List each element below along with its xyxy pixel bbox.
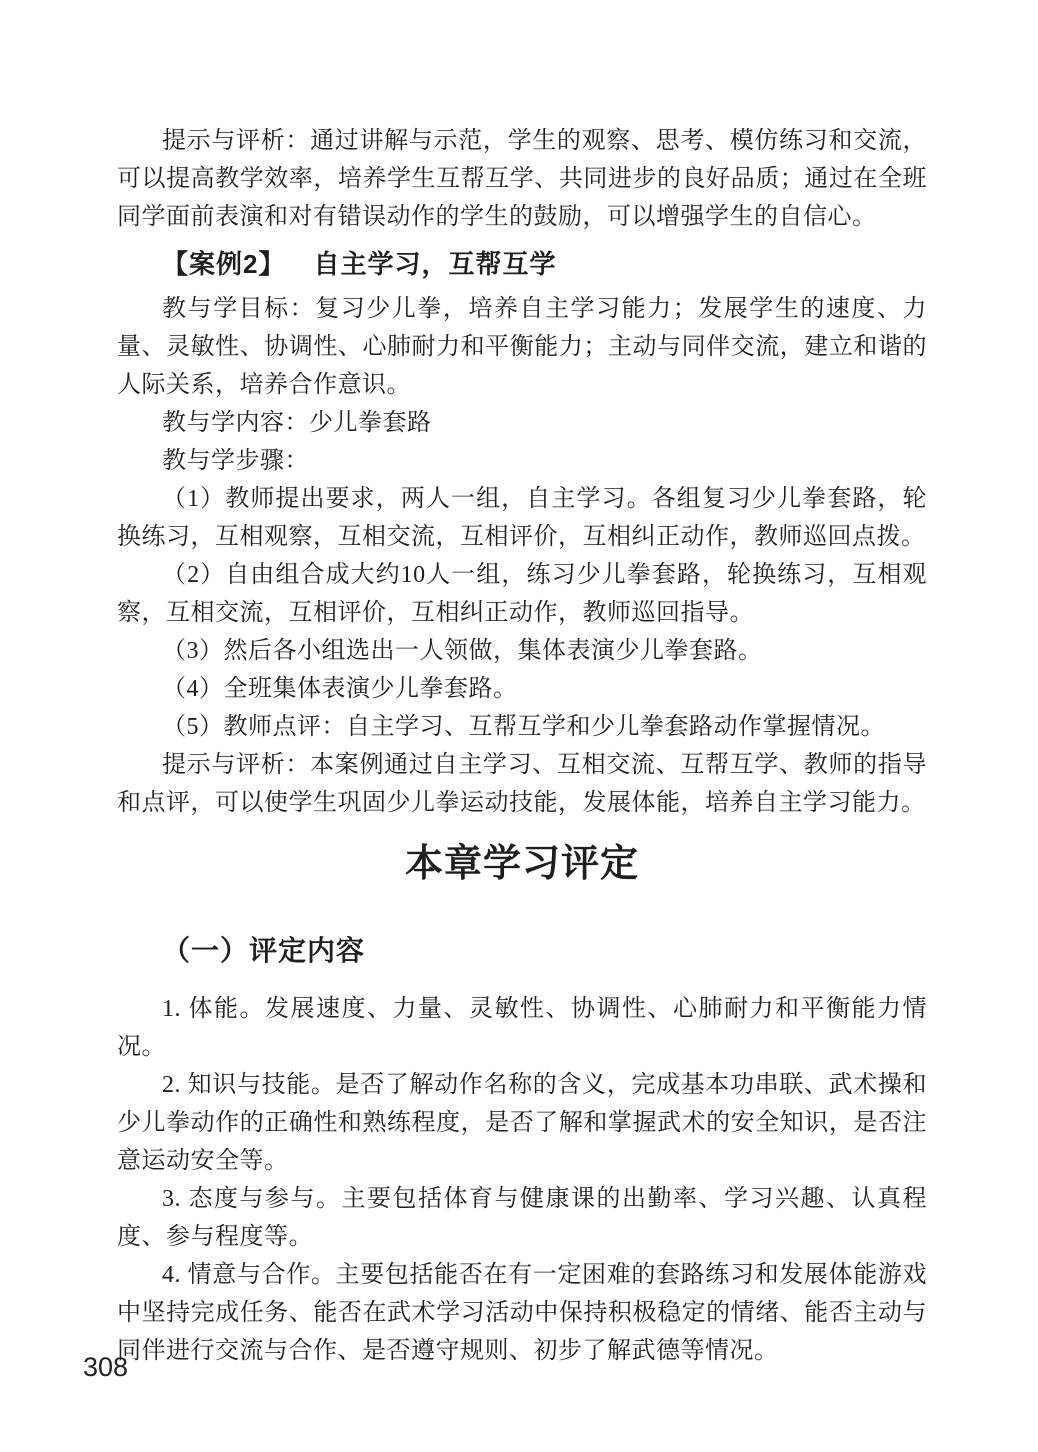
paragraph-case2-comment: 提示与评析：本案例通过自主学习、互相交流、互帮互学、教师的指导和点评，可以使学生… [117,746,927,822]
case2-heading: 【案例2】自主学习，互帮互学 [117,244,927,284]
section-item-2: 2. 知识与技能。是否了解动作名称的含义，完成基本功串联、武术操和少儿拳动作的正… [117,1066,927,1180]
case2-step-2: （2）自由组合成大约10人一组，练习少儿拳套路，轮换练习，互相观察，互相交流，互… [117,556,927,632]
paragraph-case2-goal: 教与学目标：复习少儿拳，培养自主学习能力；发展学生的速度、力量、灵敏性、协调性、… [117,290,927,404]
section-item-3: 3. 态度与参与。主要包括体育与健康课的出勤率、学习兴趣、认真程度、参与程度等。 [117,1180,927,1256]
chapter-title: 本章学习评定 [117,838,927,890]
book-page: 提示与评析：通过讲解与示范，学生的观察、思考、模仿练习和交流，可以提高教学效率，… [0,0,1038,1452]
section-one-heading: （一）评定内容 [117,930,927,974]
page-body: 提示与评析：通过讲解与示范，学生的观察、思考、模仿练习和交流，可以提高教学效率，… [0,0,1038,1370]
case2-title: 自主学习，互帮互学 [313,249,556,279]
page-number: 308 [83,1352,128,1382]
section-one-items: 1. 体能。发展速度、力量、灵敏性、协调性、心肺耐力和平衡能力情况。 2. 知识… [117,990,927,1370]
case2-step-3: （3）然后各小组选出一人领做，集体表演少儿拳套路。 [117,632,927,670]
section-item-1: 1. 体能。发展速度、力量、灵敏性、协调性、心肺耐力和平衡能力情况。 [117,990,927,1066]
paragraph-case2-content: 教与学内容：少儿拳套路 [117,404,927,442]
section-item-4: 4. 情意与合作。主要包括能否在有一定困难的套路练习和发展体能游戏中坚持完成任务… [117,1256,927,1370]
case2-step-1: （1）教师提出要求，两人一组，自主学习。各组复习少儿拳套路，轮换练习，互相观察，… [117,480,927,556]
case2-step-5: （5）教师点评：自主学习、互帮互学和少儿拳套路动作掌握情况。 [117,708,927,746]
paragraph-case1-comment: 提示与评析：通过讲解与示范，学生的观察、思考、模仿练习和交流，可以提高教学效率，… [117,122,927,236]
paragraph-case2-steps-label: 教与学步骤： [117,442,927,480]
case2-step-4: （4）全班集体表演少儿拳套路。 [117,670,927,708]
case2-label: 【案例2】 [162,249,285,279]
